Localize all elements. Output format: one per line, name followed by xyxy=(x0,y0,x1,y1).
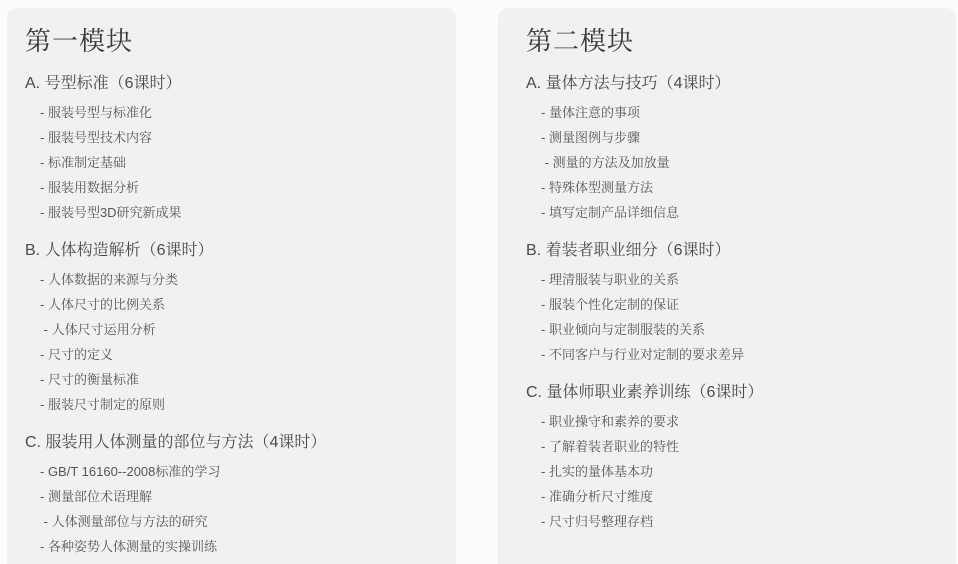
lesson-item: - 准确分析尺寸维度 xyxy=(541,484,940,509)
module-2-title: 第二模块 xyxy=(526,24,940,58)
lesson-item: - 职业操守和素养的要求 xyxy=(541,409,940,434)
lesson-item: - 量体注意的事项 xyxy=(541,100,940,125)
module-1-section-a: A. 号型标准（6课时） - 服装号型与标准化 - 服装号型技术内容 - 标准制… xyxy=(25,72,440,225)
section-heading: B. 着装者职业细分（6课时） xyxy=(526,239,940,263)
lesson-item: - 服装个性化定制的保证 xyxy=(541,292,940,317)
course-outline-page: 第一模块 A. 号型标准（6课时） - 服装号型与标准化 - 服装号型技术内容 … xyxy=(0,0,958,564)
lesson-item: - 尺寸的定义 xyxy=(40,342,440,367)
lesson-item: - 服装号型与标准化 xyxy=(40,100,440,125)
module-2-section-a: A. 量体方法与技巧（4课时） - 量体注意的事项 - 测量图例与步骤 - 测量… xyxy=(526,72,940,225)
module-2-section-c: C. 量体师职业素养训练（6课时） - 职业操守和素养的要求 - 了解着装者职业… xyxy=(526,381,940,534)
lesson-item: - GB/T 16160--2008标准的学习 xyxy=(40,459,440,484)
lesson-item: - 填写定制产品详细信息 xyxy=(541,200,940,225)
lesson-item: - 尺寸归号整理存档 xyxy=(541,509,940,534)
lesson-item: - 人体尺寸的比例关系 xyxy=(40,292,440,317)
module-2-section-b: B. 着装者职业细分（6课时） - 理清服装与职业的关系 - 服装个性化定制的保… xyxy=(526,239,940,367)
module-card-2: 第二模块 A. 量体方法与技巧（4课时） - 量体注意的事项 - 测量图例与步骤… xyxy=(498,8,956,564)
lesson-item: - 理清服装与职业的关系 xyxy=(541,267,940,292)
lesson-item: - 标准制定基础 xyxy=(40,150,440,175)
lesson-item: - 人体测量部位与方法的研究 xyxy=(40,509,440,534)
section-heading: A. 量体方法与技巧（4课时） xyxy=(526,72,940,96)
lesson-item: - 测量图例与步骤 xyxy=(541,125,940,150)
lesson-list: - 理清服装与职业的关系 - 服装个性化定制的保证 - 职业倾向与定制服装的关系… xyxy=(526,267,940,367)
module-card-1: 第一模块 A. 号型标准（6课时） - 服装号型与标准化 - 服装号型技术内容 … xyxy=(7,8,456,564)
lesson-item: - 了解着装者职业的特性 xyxy=(541,434,940,459)
lesson-item: - 尺寸的衡量标准 xyxy=(40,367,440,392)
lesson-item: - 职业倾向与定制服装的关系 xyxy=(541,317,940,342)
lesson-item: - 测量的方法及加放量 xyxy=(541,150,940,175)
lesson-list: - 职业操守和素养的要求 - 了解着装者职业的特性 - 扎实的量体基本功 - 准… xyxy=(526,409,940,534)
lesson-list: - GB/T 16160--2008标准的学习 - 测量部位术语理解 - 人体测… xyxy=(25,459,440,559)
lesson-item: - 各种姿势人体测量的实操训练 xyxy=(40,534,440,559)
lesson-item: - 服装号型技术内容 xyxy=(40,125,440,150)
module-1-title: 第一模块 xyxy=(25,24,440,58)
lesson-item: - 人体数据的来源与分类 xyxy=(40,267,440,292)
lesson-item: - 服装号型3D研究新成果 xyxy=(40,200,440,225)
lesson-list: - 人体数据的来源与分类 - 人体尺寸的比例关系 - 人体尺寸运用分析 - 尺寸… xyxy=(25,267,440,417)
module-1-section-b: B. 人体构造解析（6课时） - 人体数据的来源与分类 - 人体尺寸的比例关系 … xyxy=(25,239,440,417)
section-heading: A. 号型标准（6课时） xyxy=(25,72,440,96)
lesson-item: - 不同客户与行业对定制的要求差异 xyxy=(541,342,940,367)
section-heading: C. 量体师职业素养训练（6课时） xyxy=(526,381,940,405)
lesson-item: - 扎实的量体基本功 xyxy=(541,459,940,484)
section-heading: B. 人体构造解析（6课时） xyxy=(25,239,440,263)
lesson-item: - 服装用数据分析 xyxy=(40,175,440,200)
section-heading: C. 服装用人体测量的部位与方法（4课时） xyxy=(25,431,440,455)
module-1-section-c: C. 服装用人体测量的部位与方法（4课时） - GB/T 16160--2008… xyxy=(25,431,440,559)
lesson-item: - 特殊体型测量方法 xyxy=(541,175,940,200)
lesson-item: - 测量部位术语理解 xyxy=(40,484,440,509)
lesson-item: - 服装尺寸制定的原则 xyxy=(40,392,440,417)
lesson-list: - 量体注意的事项 - 测量图例与步骤 - 测量的方法及加放量 - 特殊体型测量… xyxy=(526,100,940,225)
lesson-item: - 人体尺寸运用分析 xyxy=(40,317,440,342)
lesson-list: - 服装号型与标准化 - 服装号型技术内容 - 标准制定基础 - 服装用数据分析… xyxy=(25,100,440,225)
